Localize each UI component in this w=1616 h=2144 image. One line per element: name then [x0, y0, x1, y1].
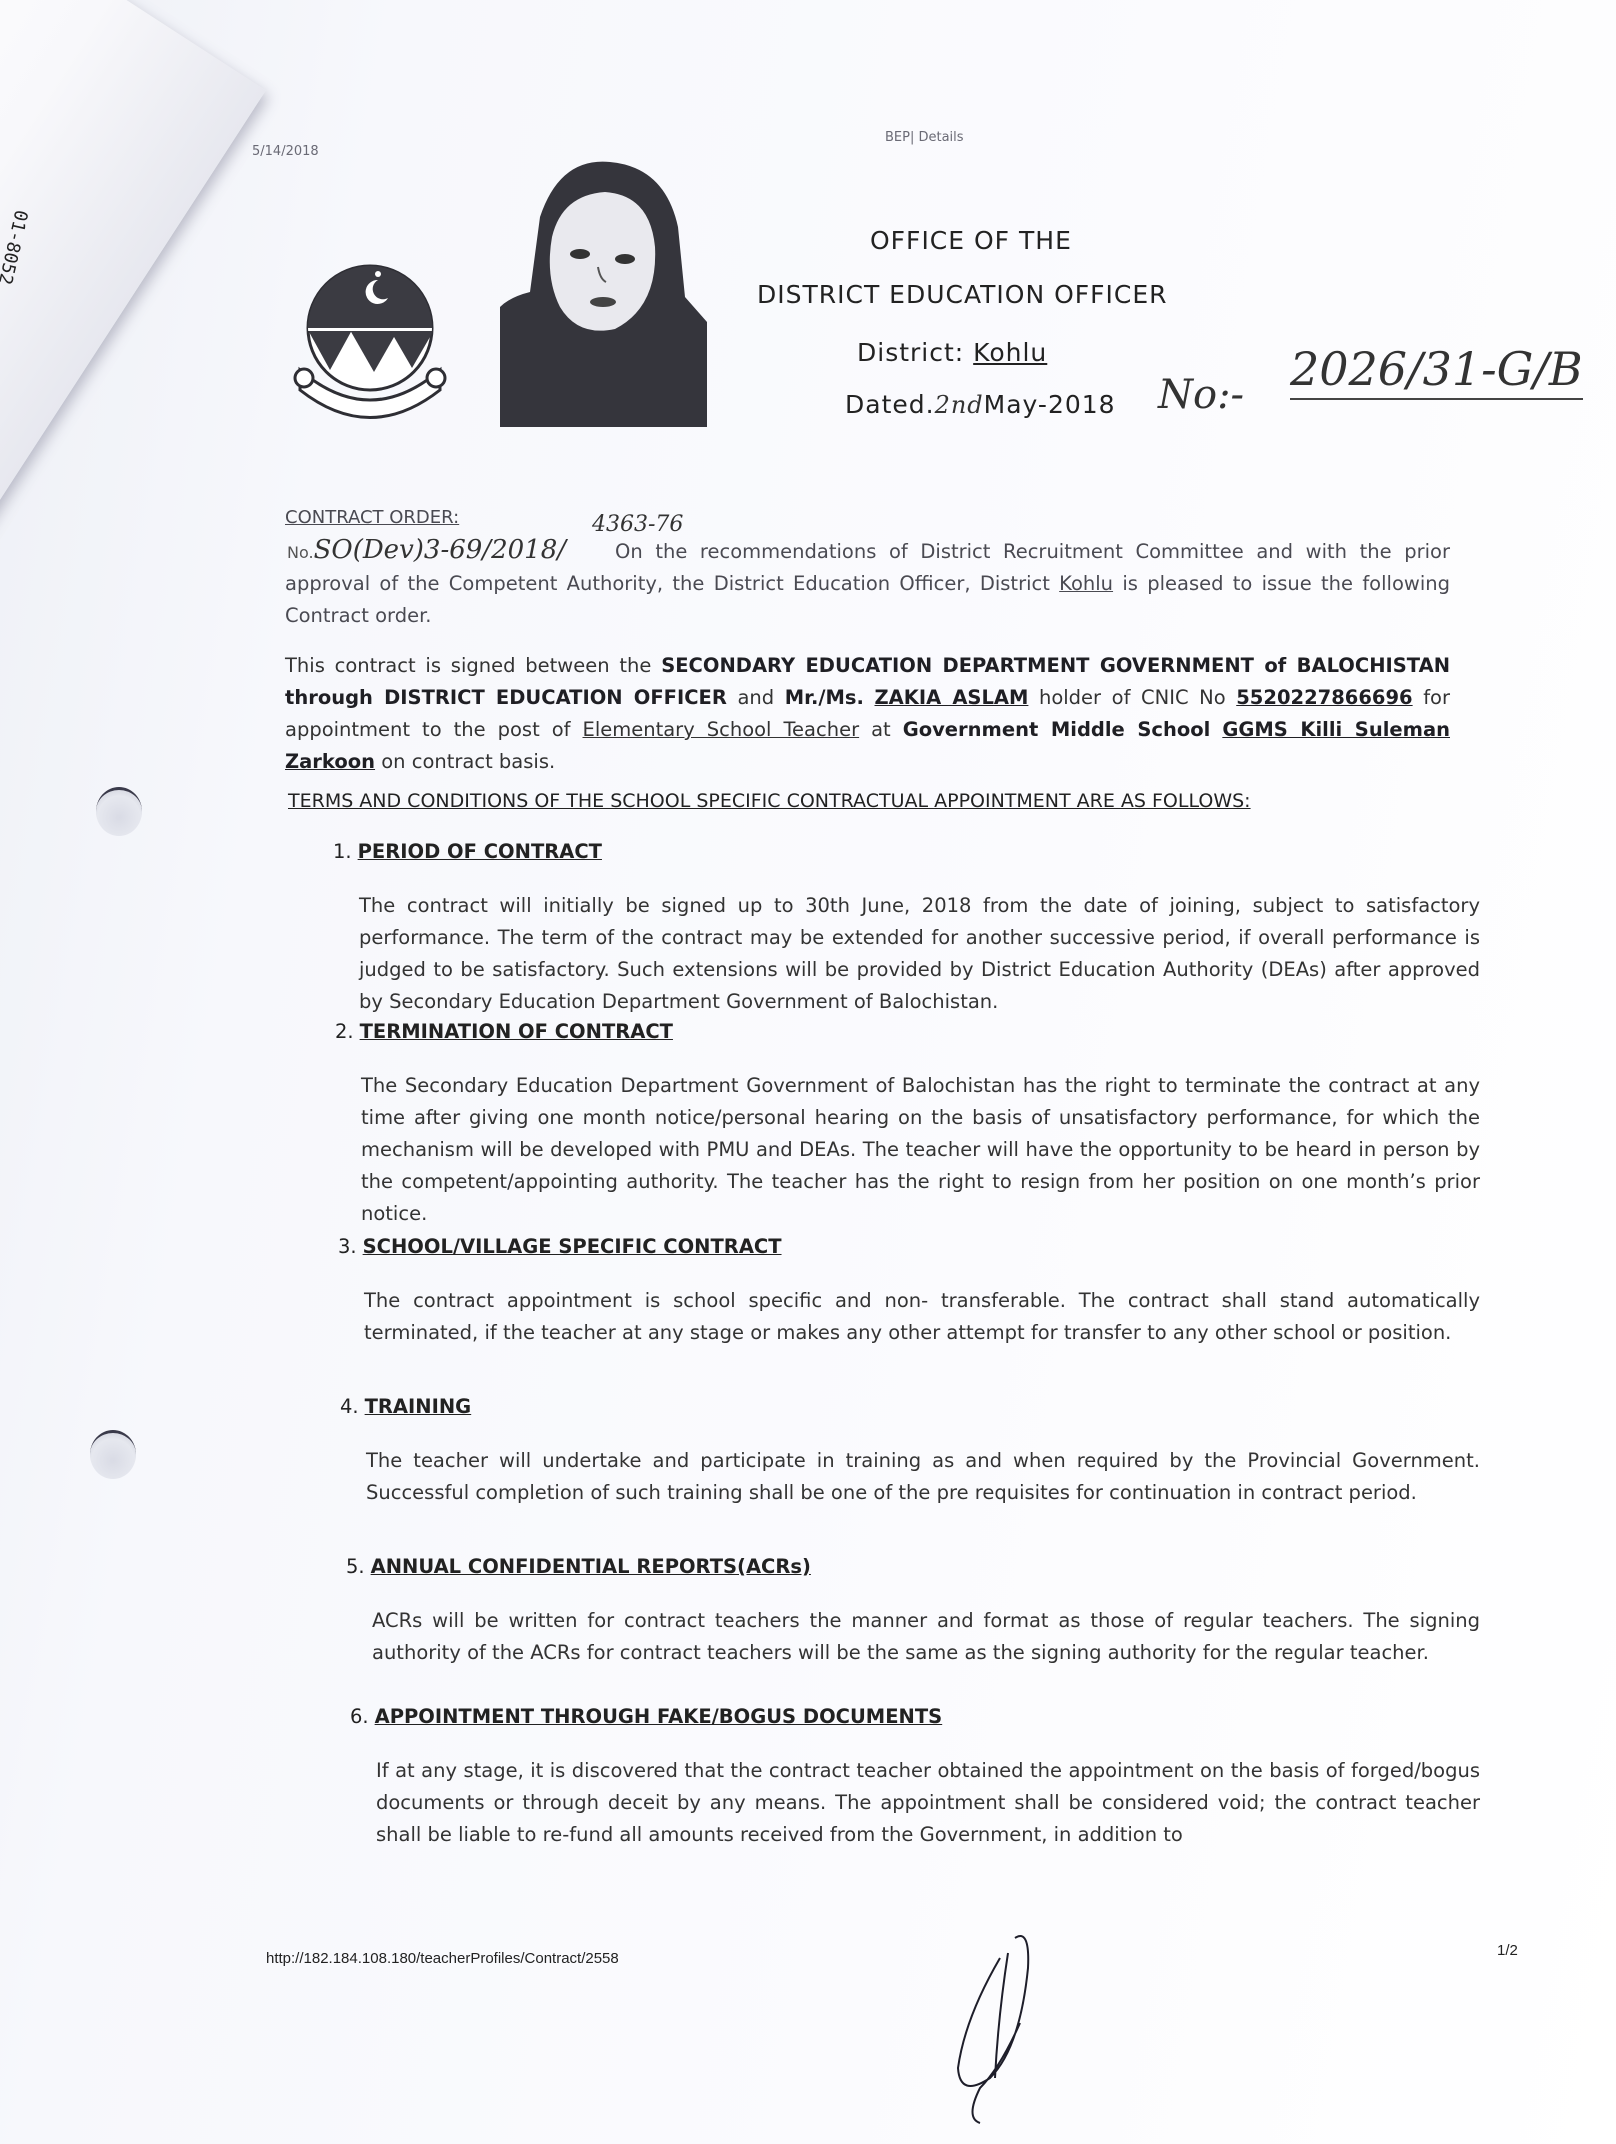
district-label: District: [857, 338, 964, 367]
clause-title: PERIOD OF CONTRACT [358, 840, 602, 863]
clause-body: The contract will initially be signed up… [359, 890, 1480, 1018]
intro-district: Kohlu [1059, 572, 1113, 595]
terms-heading: TERMS AND CONDITIONS OF THE SCHOOL SPECI… [288, 785, 1251, 817]
clause-body: If at any stage, it is discovered that t… [376, 1755, 1480, 1851]
footer-url: http://182.184.108.180/teacherProfiles/C… [266, 1950, 619, 1967]
clause-number: 4. [340, 1395, 359, 1418]
office-heading-line1: OFFICE OF THE [870, 226, 1072, 255]
curled-receipt: 01-8052 31/10/2018 [0, 0, 266, 694]
contract-order-heading: CONTRACT ORDER: [285, 502, 459, 534]
scanned-contract-page: 01-8052 31/10/2018 5/14/2018 BEP| Detail… [0, 0, 1616, 2144]
clause-number: 1. [333, 840, 352, 863]
signature [920, 1928, 1050, 2128]
punch-hole [90, 1430, 136, 1479]
clause-title: APPOINTMENT THROUGH FAKE/BOGUS DOCUMENTS [375, 1705, 943, 1728]
order-number-value: 2026/31-G/B [1290, 342, 1583, 400]
receipt-number: 01-8052 [0, 208, 31, 287]
clause-body: ACRs will be written for contract teache… [372, 1605, 1480, 1669]
clause-body: The Secondary Education Department Gover… [361, 1070, 1480, 1230]
clause-heading: 3.SCHOOL/VILLAGE SPECIFIC CONTRACT [338, 1235, 782, 1258]
balochistan-emblem-icon [290, 260, 450, 430]
clause-heading: 2.TERMINATION OF CONTRACT [335, 1020, 673, 1043]
clause-number: 2. [335, 1020, 354, 1043]
cnic-number: 5520227866696 [1236, 686, 1412, 709]
clause-number: 3. [338, 1235, 357, 1258]
clause-body: The teacher will undertake and participa… [366, 1445, 1480, 1509]
school-type: Government Middle School [903, 718, 1211, 741]
clause-body: The contract appointment is school speci… [364, 1285, 1480, 1349]
agreement-paragraph: This contract is signed between the SECO… [285, 650, 1450, 778]
clause-heading: 5.ANNUAL CONFIDENTIAL REPORTS(ACRs) [346, 1555, 811, 1578]
salutation: Mr./Ms. [785, 686, 864, 709]
clause-heading: 1.PERIOD OF CONTRACT [333, 840, 602, 863]
district-line: District: Kohlu [857, 338, 1047, 367]
dated-line: Dated.2ndMay-2018 [845, 390, 1116, 419]
clause-title: TRAINING [365, 1395, 472, 1418]
clause-title: ANNUAL CONFIDENTIAL REPORTS(ACRs) [371, 1555, 811, 1578]
clause-number: 5. [346, 1555, 365, 1578]
order-ref-superscript: 4363-76 [592, 512, 683, 537]
order-number-label: No:- [1158, 372, 1244, 418]
post-title: Elementary School Teacher [583, 718, 860, 741]
office-heading-line2: DISTRICT EDUCATION OFFICER [757, 280, 1168, 309]
applicant-photo [500, 157, 710, 427]
clause-heading: 6.APPOINTMENT THROUGH FAKE/BOGUS DOCUMEN… [350, 1705, 942, 1728]
clause-heading: 4.TRAINING [340, 1395, 471, 1418]
clause-title: SCHOOL/VILLAGE SPECIFIC CONTRACT [363, 1235, 782, 1258]
contract-intro: On the recommendations of District Recru… [285, 536, 1450, 632]
page-number: 1/2 [1497, 1942, 1518, 1959]
dated-label: Dated. [845, 390, 935, 419]
punch-hole [96, 787, 142, 836]
dated-day-handwritten: 2nd [935, 391, 984, 419]
district-value: Kohlu [973, 338, 1047, 367]
clause-title: TERMINATION OF CONTRACT [360, 1020, 673, 1043]
print-title: BEP| Details [885, 130, 964, 145]
dated-rest: May-2018 [984, 390, 1116, 419]
teacher-name: ZAKIA ASLAM [875, 686, 1029, 709]
print-date: 5/14/2018 [252, 144, 319, 159]
clause-number: 6. [350, 1705, 369, 1728]
